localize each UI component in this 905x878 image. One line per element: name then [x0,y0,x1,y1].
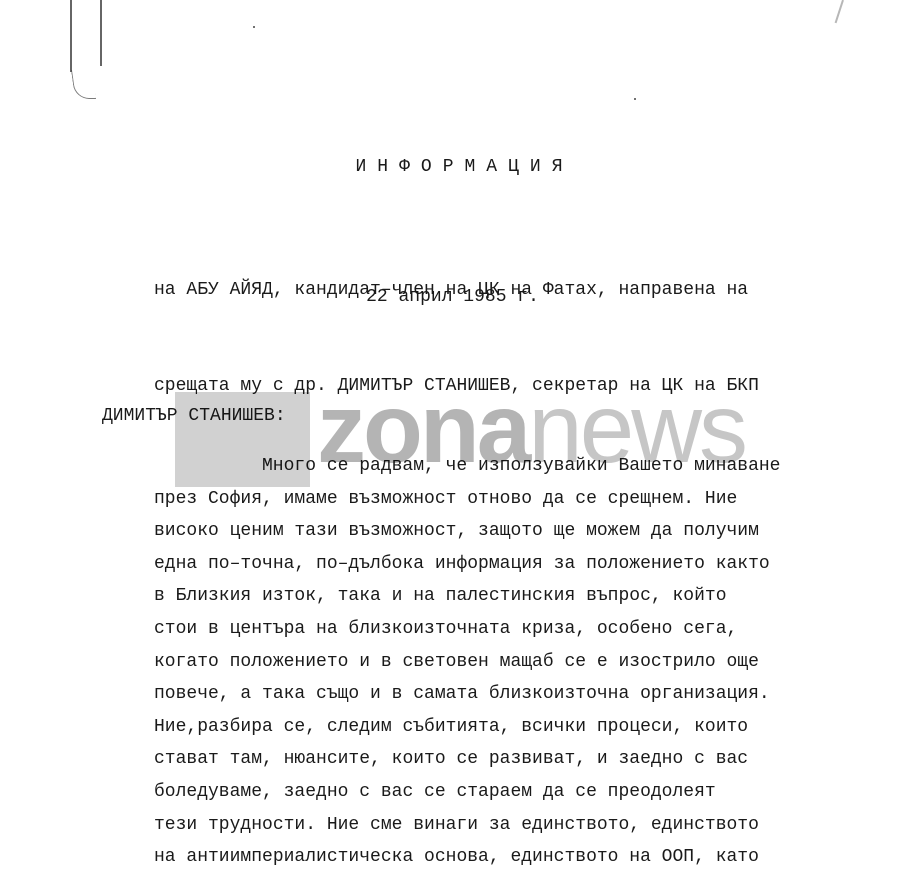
document-title: ИНФОРМАЦИЯ [0,157,905,177]
scan-speck [634,98,636,100]
document-body: Много се радвам, че използувайки Вашето … [154,450,874,874]
body-line: стават там, нюансите, които се развиват,… [154,743,874,776]
body-line: през София, имаме възможност отново да с… [154,483,874,516]
paperclip-mark [71,70,96,99]
body-line: високо ценим тази възможност, защото ще … [154,515,874,548]
document-subtitle: на АБУ АЙЯД, кандидат–член на ЦК на Фата… [154,210,854,466]
body-line: тези трудности. Ние сме винаги за единст… [154,809,874,842]
body-line: стои в центъра на близкоизточната криза,… [154,613,874,646]
body-line: в Близкия изток, така и на палестинския … [154,580,874,613]
paperclip-mark [70,0,72,72]
paperclip-mark [100,0,102,66]
body-line: боледуваме, заедно с вас се стараем да с… [154,776,874,809]
body-line: Много се радвам, че използувайки Вашето … [154,450,874,483]
scan-speck [253,26,255,28]
document-date: 22 април 1985 г. [0,287,905,307]
body-line: една по–точна, по–дълбока информация за … [154,548,874,581]
body-line: на антиимпериалистическа основа, единств… [154,841,874,874]
speaker-name: ДИМИТЪР СТАНИШЕВ: [102,406,286,426]
document-page: ИНФОРМАЦИЯ на АБУ АЙЯД, кандидат–член на… [0,0,905,878]
body-line: Ние,разбира се, следим събитията, всички… [154,711,874,744]
subtitle-line: срещата му с др. ДИМИТЪР СТАНИШЕВ, секре… [154,370,854,402]
scan-scratch [835,0,844,23]
body-line: повече, а така също и в самата близкоизт… [154,678,874,711]
body-line: когато положението и в световен мащаб се… [154,646,874,679]
